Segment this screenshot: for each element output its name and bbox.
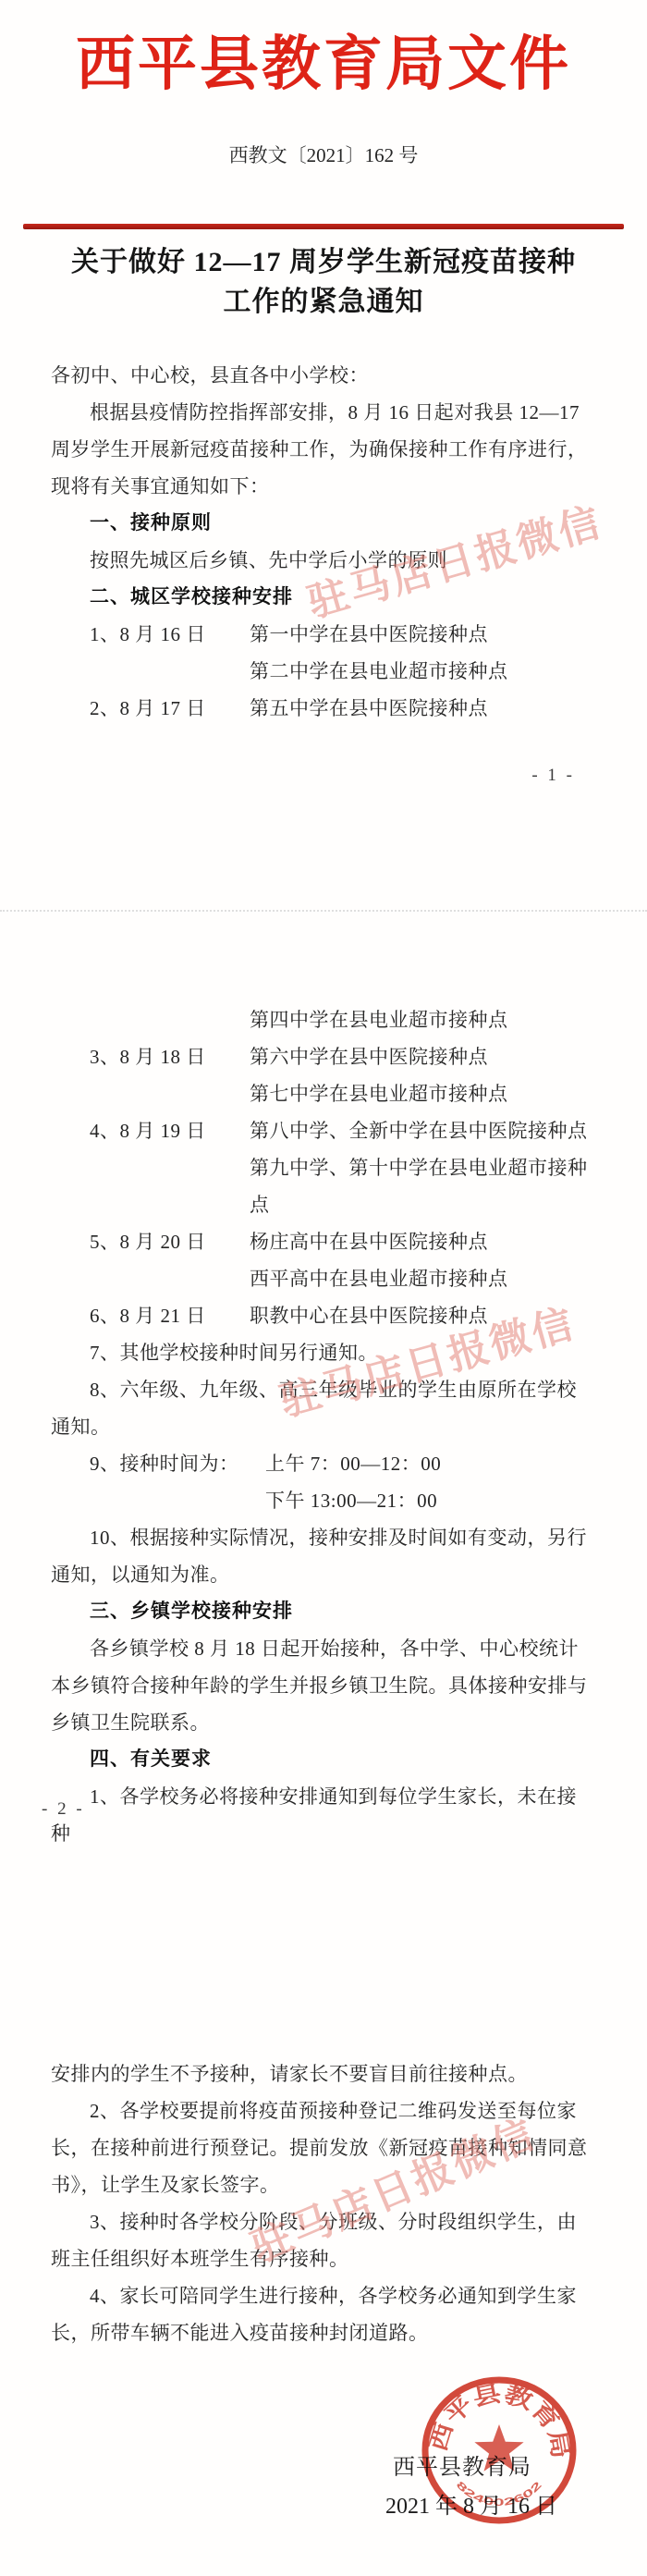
schedule-row: 西平高中在县电业超市接种点 xyxy=(51,1260,596,1297)
item-7: 7、其他学校接种时间另行通知。 xyxy=(51,1334,596,1371)
schedule-location: 第八中学、全新中学在县中医院接种点 xyxy=(250,1112,596,1149)
section3-heading: 三、乡镇学校接种安排 xyxy=(51,1593,596,1630)
schedule-date: 4、8 月 19 日 xyxy=(90,1112,250,1149)
schedule-date: 3、8 月 18 日 xyxy=(90,1038,250,1075)
schedule-date xyxy=(90,1149,250,1223)
page-break-line xyxy=(0,910,647,912)
item-9-label: 9、接种时间为： xyxy=(90,1445,265,1482)
document-title-line2: 工作的紧急通知 xyxy=(0,278,647,319)
section1-text: 按照先城区后乡镇、先中学后小学的原则 xyxy=(51,542,596,579)
requirement-1-start: 1、各学校务必将接种安排通知到每位学生家长，未在接种 xyxy=(51,1778,596,1852)
item-9-afternoon: 下午 13:00—21：00 xyxy=(265,1482,596,1519)
schedule-row: 4、8 月 19 日 第八中学、全新中学在县中医院接种点 xyxy=(51,1112,596,1149)
schedule-date: 5、8 月 20 日 xyxy=(90,1223,250,1260)
schedule-location: 第五中学在县中医院接种点 xyxy=(250,690,596,727)
document-title-line1: 关于做好 12—17 周岁学生新冠疫苗接种 xyxy=(0,239,647,279)
schedule-location: 杨庄高中在县中医院接种点 xyxy=(250,1223,596,1260)
schedule-date xyxy=(90,1075,250,1112)
schedule-row: 第二中学在县电业超市接种点 xyxy=(51,653,596,690)
schedule-location: 第一中学在县中医院接种点 xyxy=(250,616,596,653)
item-9-morning: 上午 7：00—12：00 xyxy=(265,1445,441,1482)
schedule-date xyxy=(90,1001,250,1038)
schedule-row: 第七中学在县电业超市接种点 xyxy=(51,1075,596,1112)
schedule-location: 第六中学在县中医院接种点 xyxy=(250,1038,596,1075)
page3-body: 安排内的学生不予接种，请家长不要盲目前往接种点。 2、各学校要提前将疫苗预接种登… xyxy=(51,2055,596,2351)
schedule-location: 西平高中在县电业超市接种点 xyxy=(250,1260,596,1297)
requirement-1-continued: 安排内的学生不予接种，请家长不要盲目前往接种点。 xyxy=(51,2055,596,2092)
page-number-1: - 1 - xyxy=(531,766,575,786)
schedule-date: 1、8 月 16 日 xyxy=(90,616,250,653)
schedule-location: 第四中学在县电业超市接种点 xyxy=(250,1001,596,1038)
schedule-row: 1、8 月 16 日 第一中学在县中医院接种点 xyxy=(51,616,596,653)
requirement-3: 3、接种时各学校分阶段、分班级、分时段组织学生，由班主任组织好本班学生有序接种。 xyxy=(51,2203,596,2277)
schedule-date: 6、8 月 21 日 xyxy=(90,1297,250,1334)
page2-body: 第四中学在县电业超市接种点 3、8 月 18 日 第六中学在县中医院接种点 第七… xyxy=(51,1001,596,1852)
schedule-row: 5、8 月 20 日 杨庄高中在县中医院接种点 xyxy=(51,1223,596,1260)
item-9: 9、接种时间为： 上午 7：00—12：00 xyxy=(51,1445,596,1482)
requirement-2: 2、各学校要提前将疫苗预接种登记二维码发送至每位家长，在接种前进行预登记。提前发… xyxy=(51,2092,596,2203)
schedule-row: 2、8 月 17 日 第五中学在县中医院接种点 xyxy=(51,690,596,727)
page1-body: 各初中、中心校，县直各中小学校： 根据县疫情防控指挥部安排，8 月 16 日起对… xyxy=(51,357,596,727)
red-divider-rule xyxy=(23,224,624,229)
schedule-location: 职教中心在县中医院接种点 xyxy=(250,1297,596,1334)
page-number-2: - 2 - xyxy=(42,1799,85,1820)
section2-heading: 二、城区学校接种安排 xyxy=(51,579,596,616)
schedule-date xyxy=(90,1260,250,1297)
seal-star-icon xyxy=(474,2424,523,2472)
item-10: 10、根据接种实际情况，接种安排及时间如有变动，另行通知，以通知为准。 xyxy=(51,1519,596,1593)
salutation: 各初中、中心校，县直各中小学校： xyxy=(51,357,596,394)
schedule-row: 第四中学在县电业超市接种点 xyxy=(51,1001,596,1038)
scanned-official-document: 驻马店日报微信 驻马店日报微信 驻马店日报微信 西平县教育局文件 西教文〔202… xyxy=(0,0,647,2576)
official-red-seal: 西平县教育局 8240026021 xyxy=(418,2374,580,2528)
agency-letterhead: 西平县教育局文件 xyxy=(0,17,647,102)
schedule-row: 第九中学、第十中学在县电业超市接种点 xyxy=(51,1149,596,1223)
requirement-4: 4、家长可陪同学生进行接种，各学校务必通知到学生家长，所带车辆不能进入疫苗接种封… xyxy=(51,2277,596,2351)
schedule-row: 3、8 月 18 日 第六中学在县中医院接种点 xyxy=(51,1038,596,1075)
section1-heading: 一、接种原则 xyxy=(51,505,596,542)
schedule-row: 6、8 月 21 日 职教中心在县中医院接种点 xyxy=(51,1297,596,1334)
schedule-date: 2、8 月 17 日 xyxy=(90,690,250,727)
intro-paragraph: 根据县疫情防控指挥部安排，8 月 16 日起对我县 12—17 周岁学生开展新冠… xyxy=(51,394,596,505)
schedule-location: 第九中学、第十中学在县电业超市接种点 xyxy=(250,1149,596,1223)
item-8: 8、六年级、九年级、高三年级毕业的学生由原所在学校通知。 xyxy=(51,1371,596,1445)
schedule-date xyxy=(90,653,250,690)
document-number: 西教文〔2021〕162 号 xyxy=(0,141,647,168)
schedule-location: 第七中学在县电业超市接种点 xyxy=(250,1075,596,1112)
schedule-location: 第二中学在县电业超市接种点 xyxy=(250,653,596,690)
section3-text: 各乡镇学校 8 月 18 日起开始接种，各中学、中心校统计本乡镇符合接种年龄的学… xyxy=(51,1630,596,1741)
section4-heading: 四、有关要求 xyxy=(51,1741,596,1778)
